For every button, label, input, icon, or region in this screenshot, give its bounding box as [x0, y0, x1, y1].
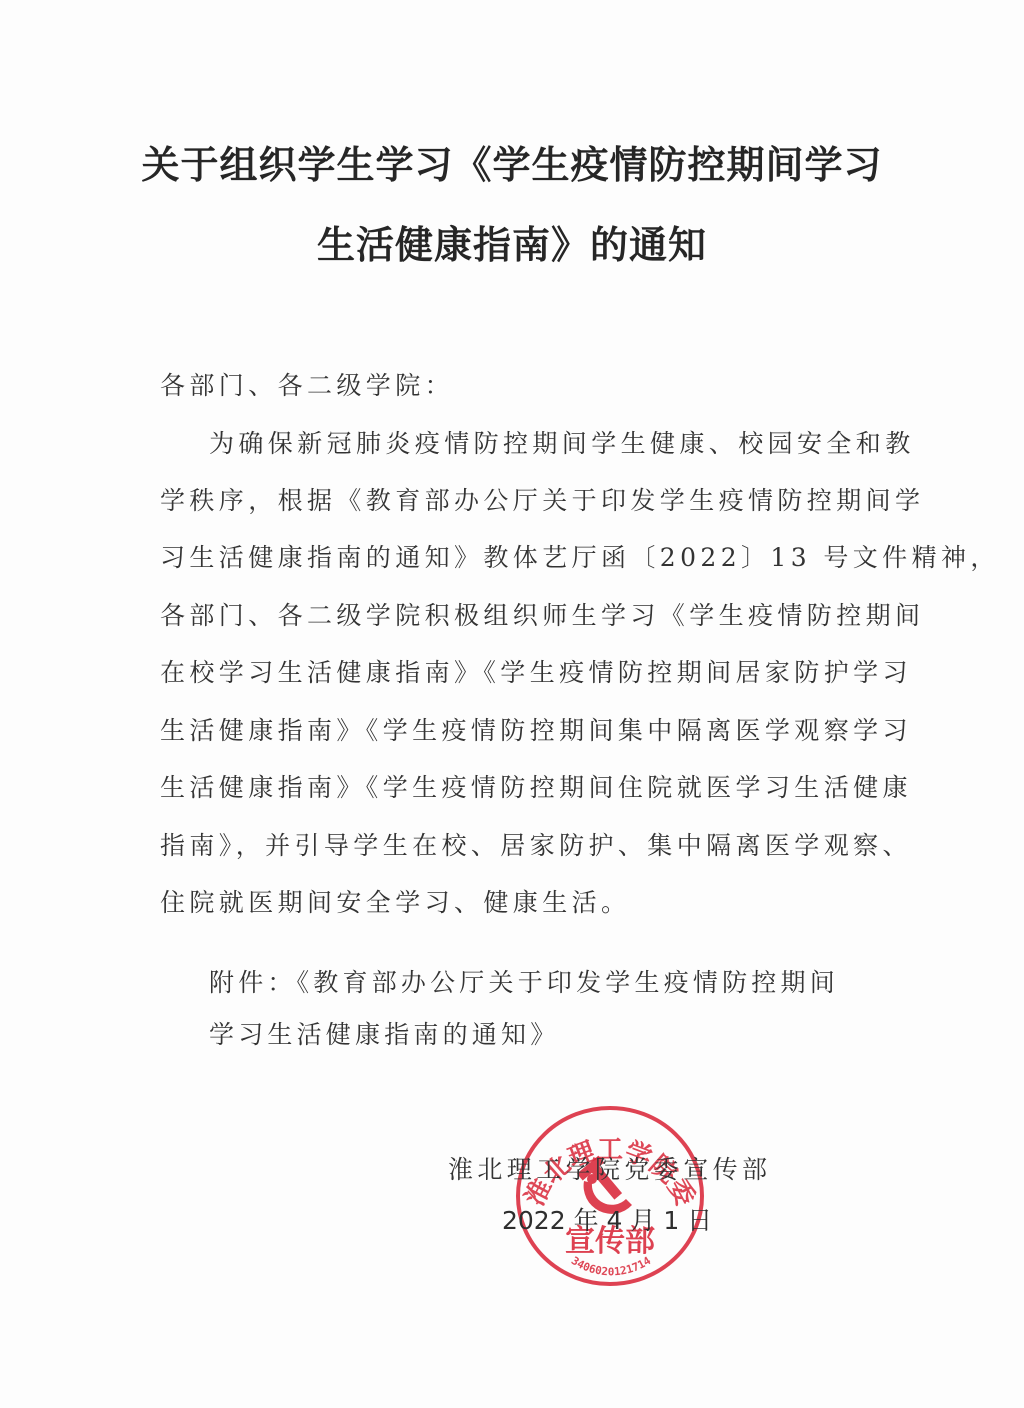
attachment-line-2: 学习生活健康指南的通知》: [209, 1015, 559, 1051]
official-seal-icon: 中共淮北理工学院委员会 宣传部 3406020121714: [510, 1103, 710, 1289]
body-line: 指南》，并引导学生在校、居家防护、集中隔离医学观察、: [160, 826, 912, 862]
body-line: 住院就医期间安全学习、健康生活。: [160, 883, 630, 919]
body-line: 各部门、各二级学院积极组织师生学习《学生疫情防控期间: [160, 596, 924, 632]
signature-organization: 淮北理工学院党委宣传部: [448, 1150, 771, 1186]
document-title-line-2: 生活健康指南》的通知: [0, 214, 1024, 269]
document-page: 关于组织学生学习《学生疫情防控期间学习 生活健康指南》的通知 各部门、各二级学院…: [0, 0, 1024, 1408]
body-line: 生活健康指南》《学生疫情防控期间住院就医学习生活健康: [160, 768, 912, 804]
salutation: 各部门、各二级学院：: [160, 366, 454, 402]
body-line: 生活健康指南》《学生疫情防控期间集中隔离医学观察学习: [160, 711, 912, 747]
body-line: 习生活健康指南的通知》教体艺厅函〔2022〕13 号文件精神，: [160, 538, 1000, 574]
body-line: 学秩序，根据《教育部办公厅关于印发学生疫情防控期间学: [160, 481, 924, 517]
body-line: 在校学习生活健康指南》《学生疫情防控期间居家防护学习: [160, 653, 912, 689]
attachment-line-1: 附件：《教育部办公厅关于印发学生疫情防控期间: [209, 963, 839, 999]
signature-date: 2022 年 4 月 1 日: [502, 1201, 712, 1237]
body-line: 为确保新冠肺炎疫情防控期间学生健康、校园安全和教: [209, 424, 915, 460]
document-title-line-1: 关于组织学生学习《学生疫情防控期间学习: [0, 134, 1024, 189]
